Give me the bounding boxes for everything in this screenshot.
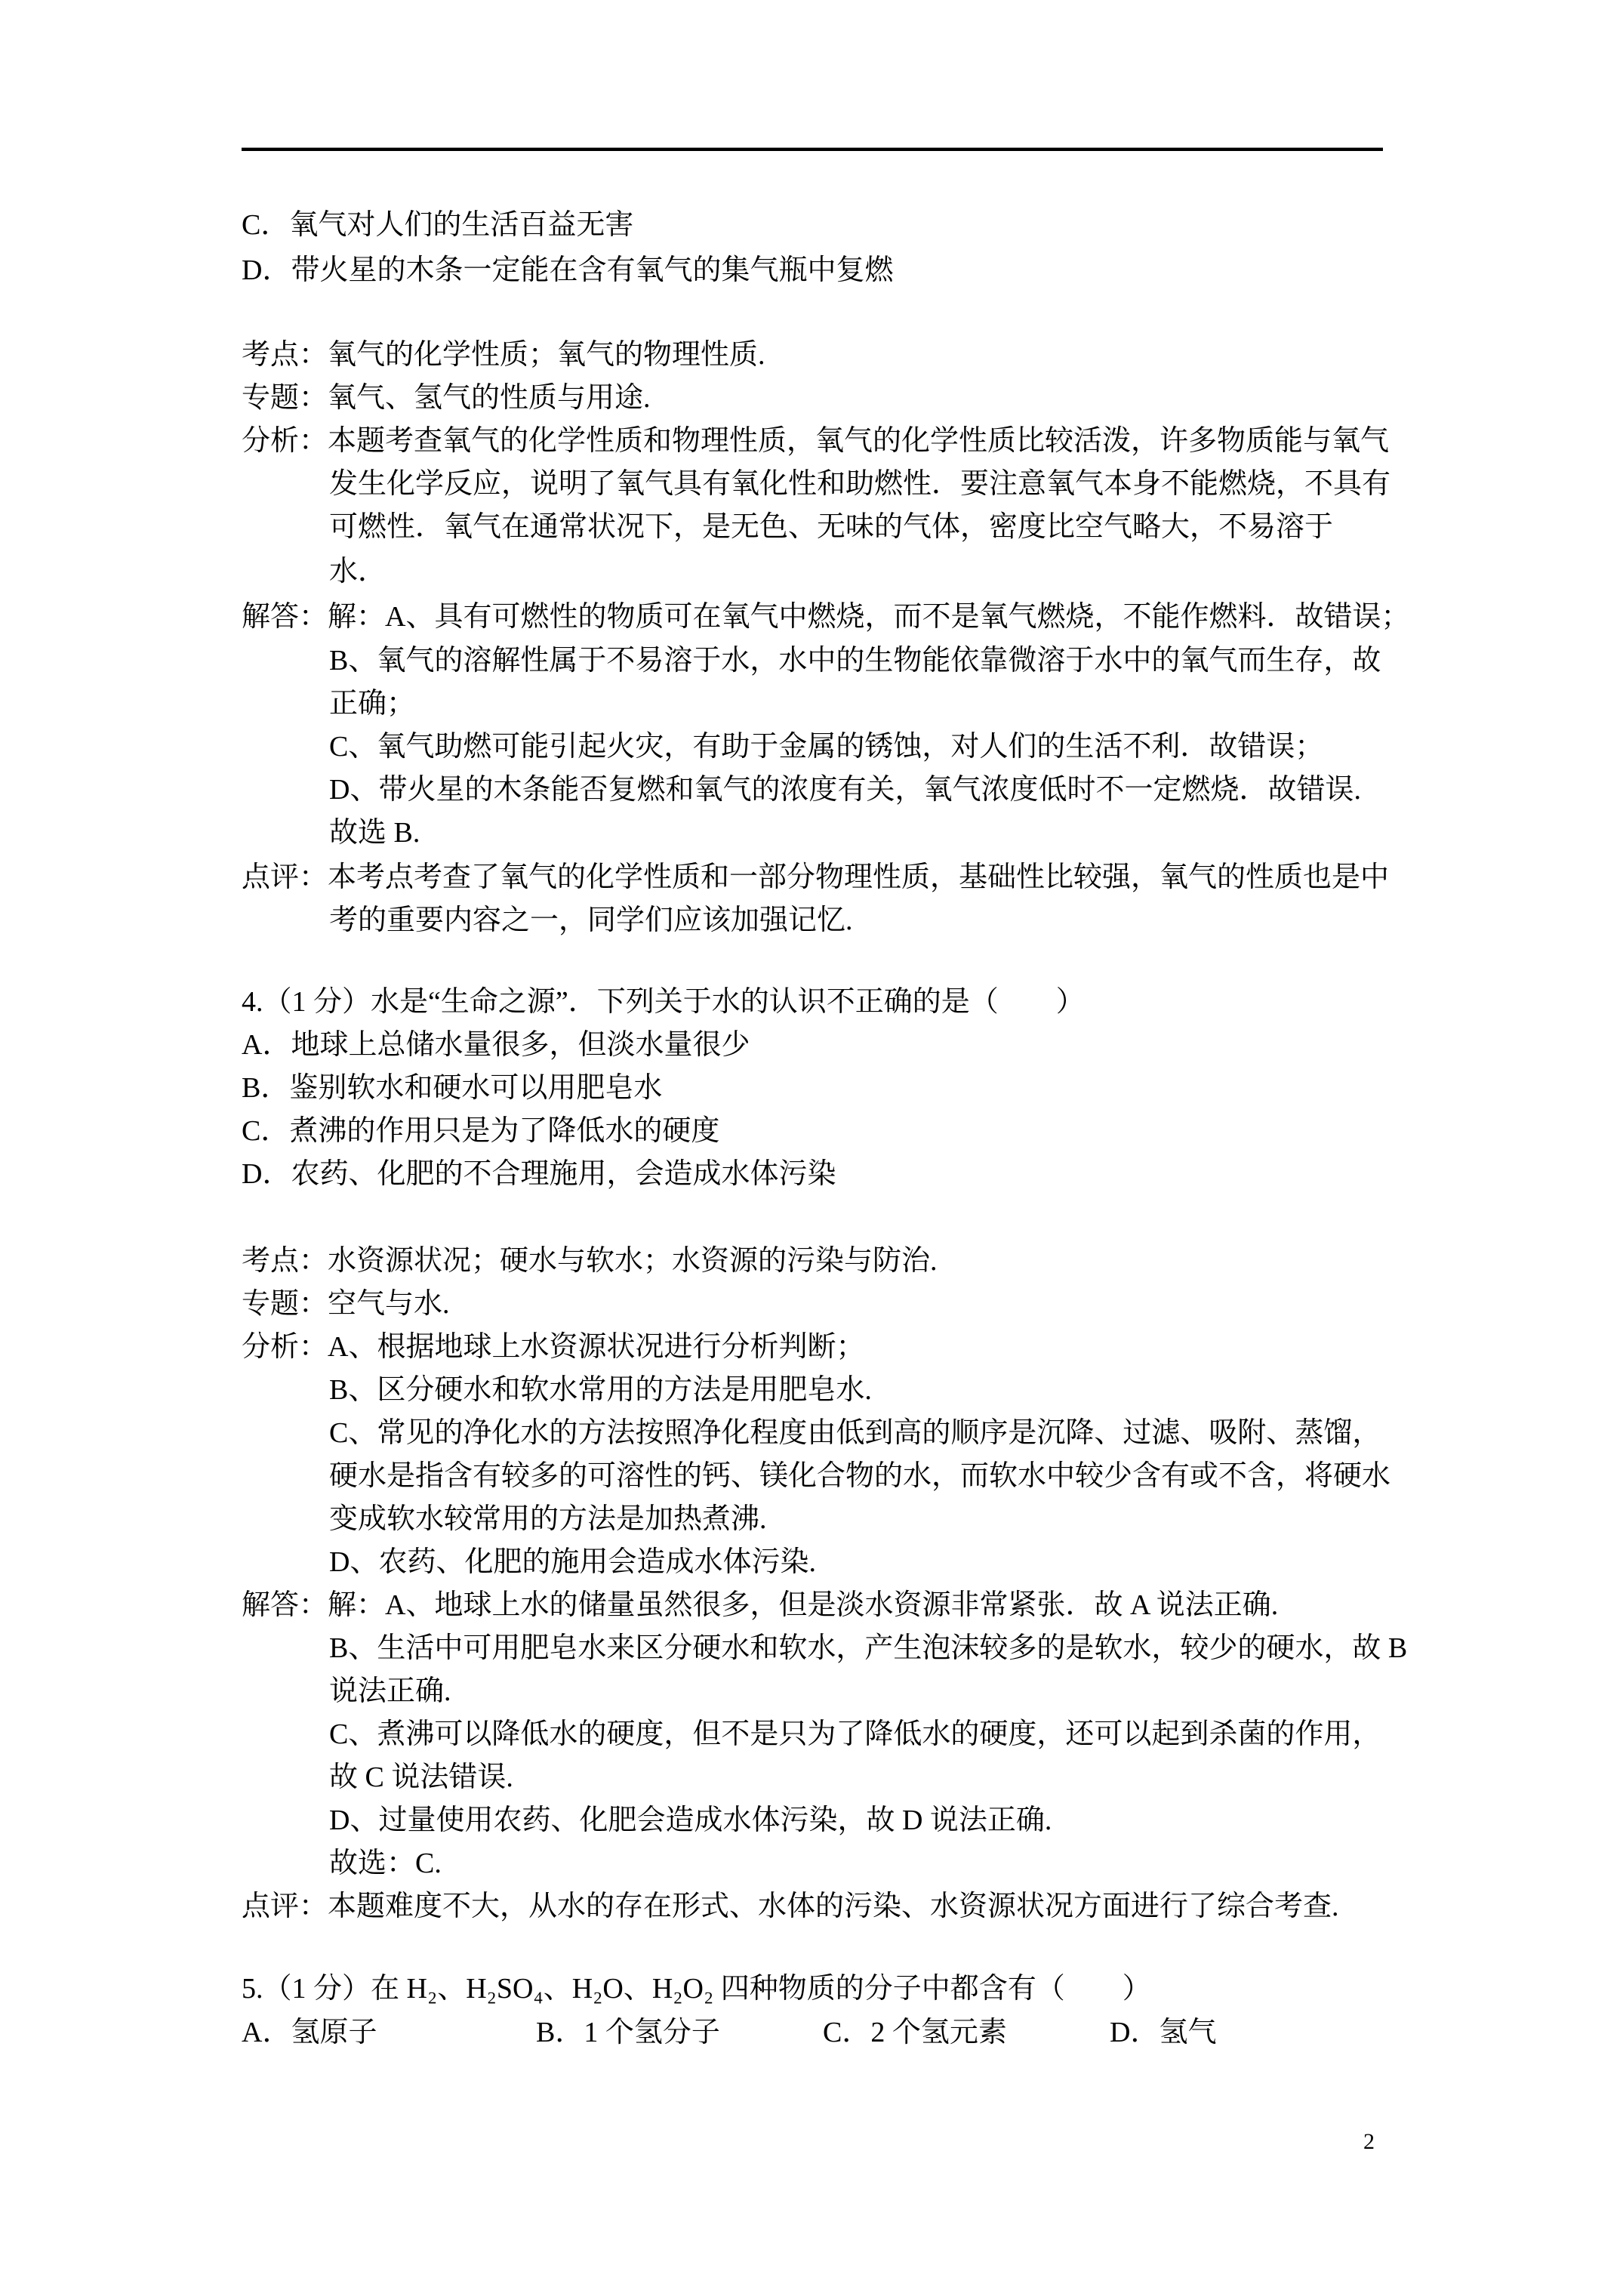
page-number: 2: [1363, 2129, 1375, 2155]
q4-jieda-1: 解答：解：A、地球上水的储量虽然很多，但是淡水资源非常紧张．故 A 说法正确.: [242, 1589, 1278, 1622]
q4-jieda-6: D、过量使用农药、化肥会造成水体污染，故 D 说法正确.: [329, 1804, 1052, 1837]
q4-fenxi-3: C、常见的净化水的方法按照净化程度由低到高的顺序是沉降、过滤、吸附、蒸馏，: [329, 1416, 1381, 1450]
q3-jieda-4: C、氧气助燃可能引起火灾，有助于金属的锈蚀，对人们的生活不利．故错误；: [329, 730, 1323, 763]
q4-jieda-5: 故 C 说法错误.: [329, 1761, 513, 1794]
q5-option-c: C．2 个氢元素: [823, 2016, 1007, 2049]
q3-jieda-2: B、氧气的溶解性属于不易溶于水，水中的生物能依靠微溶于水中的氧气而生存，故: [329, 644, 1381, 677]
q3-fenxi-3: 可燃性．氧气在通常状况下，是无色、无味的气体，密度比空气略大，不易溶于: [329, 510, 1333, 544]
q4-kaodian: 考点：水资源状况；硬水与软水；水资源的污染与防治.: [242, 1244, 938, 1277]
q3-dianping-2: 考的重要内容之一，同学们应该加强记忆.: [329, 904, 853, 937]
q3-option-c: C．氧气对人们的生活百益无害: [242, 208, 633, 242]
q4-dianping-1: 点评：本题难度不大，从水的存在形式、水体的污染、水资源状况方面进行了综合考查.: [242, 1890, 1339, 1923]
q3-jieda-1: 解答：解：A、具有可燃性的物质可在氧气中燃烧，而不是氧气燃烧，不能作燃料．故错误…: [242, 600, 1409, 633]
q3-fenxi-4: 水．: [329, 555, 387, 588]
q4-jieda-4: C、煮沸可以降低水的硬度，但不是只为了降低水的硬度，还可以起到杀菌的作用，: [329, 1718, 1381, 1751]
q4-option-b: B．鉴别软水和硬水可以用肥皂水: [242, 1071, 662, 1105]
q4-fenxi-4: 硬水是指含有较多的可溶性的钙、镁化合物的水，而软水中较少含有或不含，将硬水: [329, 1459, 1390, 1493]
q3-zhuanti: 专题：氧气、氢气的性质与用途.: [242, 381, 651, 415]
q4-title: 4.（1 分）水是“生命之源”．下列关于水的认识不正确的是（ ）: [242, 985, 1085, 1019]
q3-jieda-6: 故选 B.: [329, 816, 420, 849]
q4-fenxi-5: 变成软水较常用的方法是加热煮沸.: [329, 1502, 767, 1536]
q4-jieda-7: 故选：C.: [329, 1847, 442, 1880]
q4-fenxi-6: D、农药、化肥的施用会造成水体污染.: [329, 1546, 816, 1579]
q3-jieda-5: D、带火星的木条能否复燃和氧气的浓度有关，氧气浓度低时不一定燃烧．故错误.: [329, 773, 1361, 806]
q4-fenxi-1: 分析：A、根据地球上水资源状况进行分析判断；: [242, 1330, 864, 1364]
q5-option-a: A．氢原子: [242, 2016, 377, 2049]
q4-option-d: D．农药、化肥的不合理施用，会造成水体污染: [242, 1157, 836, 1191]
q3-fenxi-1: 分析：本题考查氧气的化学性质和物理性质，氧气的化学性质比较活泼，许多物质能与氧气: [242, 424, 1389, 458]
q4-jieda-3: 说法正确.: [329, 1675, 451, 1708]
q3-fenxi-2: 发生化学反应，说明了氧气具有氧化性和助燃性．要注意氧气本身不能燃烧，不具有: [329, 467, 1390, 501]
q5-option-d: D．氢气: [1110, 2016, 1216, 2049]
q5-option-b: B．1 个氢分子: [536, 2016, 720, 2049]
q4-fenxi-2: B、区分硬水和软水常用的方法是用肥皂水.: [329, 1373, 872, 1407]
q3-kaodian: 考点：氧气的化学性质；氧气的物理性质.: [242, 338, 765, 371]
header-rule: [242, 147, 1383, 151]
q4-option-a: A．地球上总储水量很多，但淡水量很少: [242, 1028, 750, 1062]
q5-title: 5.（1 分）在 H₂、H₂SO₄、H₂O、H₂O₂ 四种物质的分子中都含有（ …: [242, 1972, 1151, 2005]
q3-jieda-3: 正确；: [329, 687, 415, 720]
q4-jieda-2: B、生活中可用肥皂水来区分硬水和软水，产生泡沫较多的是软水，较少的硬水，故 B: [329, 1632, 1407, 1665]
q3-option-d: D．带火星的木条一定能在含有氧气的集气瓶中复燃: [242, 254, 893, 287]
q4-option-c: C．煮沸的作用只是为了降低水的硬度: [242, 1114, 719, 1148]
document-page: C．氧气对人们的生活百益无害 D．带火星的木条一定能在含有氧气的集气瓶中复燃 考…: [0, 0, 1623, 2296]
q4-zhuanti: 专题：空气与水.: [242, 1287, 450, 1321]
q3-dianping-1: 点评：本考点考查了氧气的化学性质和一部分物理性质，基础性比较强，氧气的性质也是中: [242, 861, 1389, 894]
